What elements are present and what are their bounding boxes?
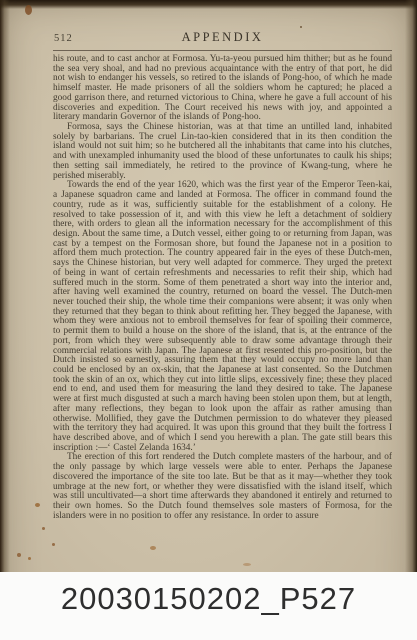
header-rule [53,50,392,51]
running-head-title: APPENDIX [53,30,392,45]
page-edge-shadow-top [0,0,417,9]
page-edge-shadow-left [0,0,10,640]
body-paragraph-2: Formosa, says the Chinese historian, was… [53,123,392,181]
foxing-spot [28,557,31,560]
foxing-spot [42,527,45,530]
body-paragraph-4: The erection of this fort rendered the D… [53,453,392,521]
page-number: 512 [54,33,73,44]
archive-id-label: 20030150202_P527 [61,581,356,617]
foxing-spot [300,26,302,28]
scan-page: 512 APPENDIX his route, and to cast anch… [0,0,417,640]
foxing-spot [52,543,55,546]
page-header: 512 APPENDIX [53,30,392,48]
foxing-spot [25,5,32,15]
foxing-spot [17,553,21,557]
foxing-spot [35,503,40,507]
text-block: 512 APPENDIX his route, and to cast anch… [53,30,392,522]
body-text: his route, and to cast anchor at Formosa… [53,55,392,522]
body-paragraph-1: his route, and to cast anchor at Formosa… [53,55,392,123]
body-paragraph-3: Towards the end of the year 1620, which … [53,181,392,453]
page-edge-shadow-right [405,0,417,640]
foxing-spot [150,546,156,550]
archive-id-strip: 20030150202_P527 [0,572,417,640]
foxing-spot [243,563,251,566]
